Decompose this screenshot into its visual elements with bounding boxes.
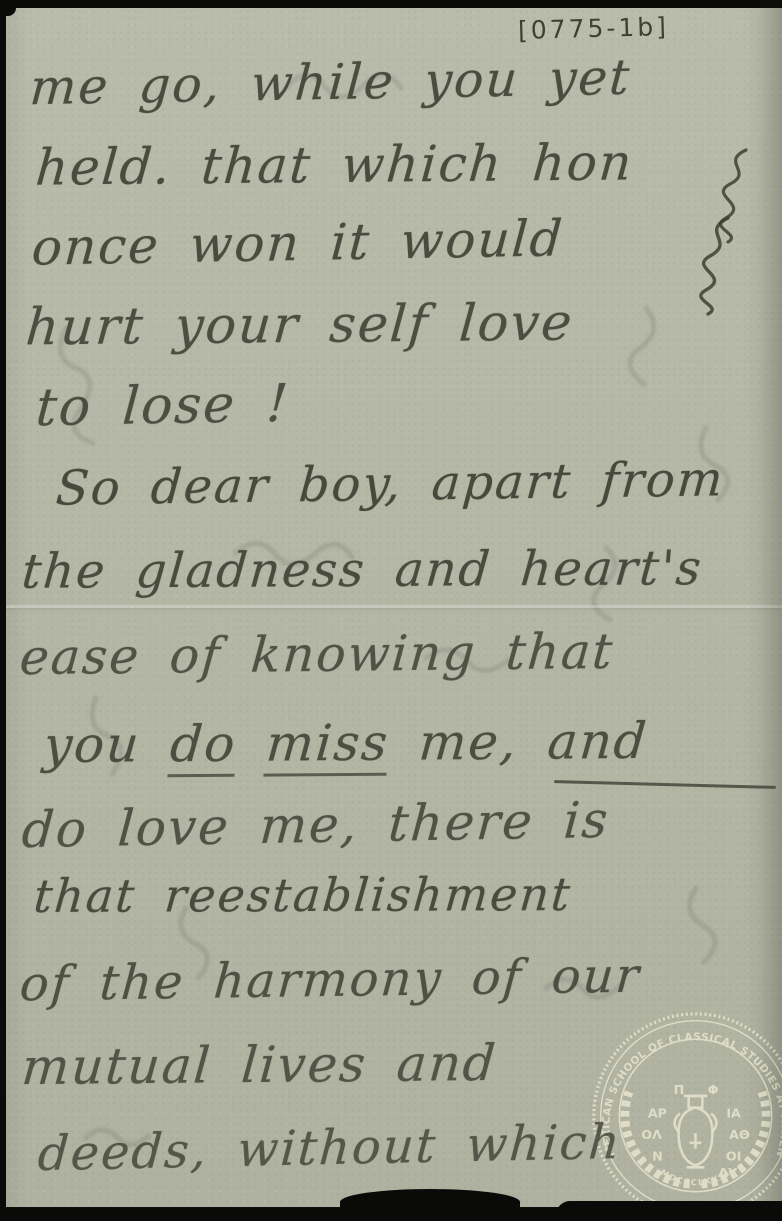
scan-frame-left: [0, 0, 6, 1221]
handwritten-line: me go, while you yet: [28, 49, 633, 117]
svg-text:ΑΡ: ΑΡ: [648, 1105, 667, 1120]
archival-label: [0775-1b]: [518, 12, 670, 45]
handwritten-line: ease of knowing that: [18, 623, 617, 686]
handwritten-line: hurt your self love: [24, 294, 576, 358]
handwritten-line: once won it would: [30, 209, 566, 276]
handwritten-text: do love me, there is: [20, 791, 612, 859]
handwritten-text: mutual lives and: [20, 1034, 500, 1096]
ink-underline-stroke: [554, 780, 776, 789]
handwritten-text: me go, while you yet: [28, 49, 633, 117]
scan-frame-corner: [0, 0, 16, 16]
handwritten-line: the gladness and heart's: [20, 540, 705, 600]
svg-text:Ν: Ν: [652, 1148, 663, 1163]
embossed-seal: AMERICAN SCHOOL OF CLASSICAL STUDIES AT …: [588, 1008, 782, 1207]
handwritten-text: So dear boy, apart from: [54, 451, 727, 516]
handwritten-line: to lose !: [34, 374, 292, 439]
handwritten-text: ease of knowing that: [18, 623, 617, 686]
handwritten-line: deeds, without which: [36, 1114, 623, 1182]
letter-paper: AMERICAN SCHOOL OF CLASSICAL STUDIES AT …: [6, 8, 782, 1207]
scanned-letter-page: { "document": { "archival_label": "[0775…: [0, 0, 782, 1221]
handwritten-line: So dear boy, apart from: [54, 451, 727, 516]
handwritten-text: hurt your self love: [24, 294, 576, 358]
ink-flourish: [684, 214, 740, 318]
handwritten-text: you: [42, 715, 173, 774]
handwritten-text: miss: [264, 714, 392, 777]
handwritten-line: of the harmony of our: [18, 948, 643, 1013]
handwritten-line: held. that which hon: [34, 133, 636, 196]
svg-text:ΛΥ: ΛΥ: [718, 1165, 738, 1180]
handwritten-text: do: [168, 715, 239, 777]
svg-text:ΟΙ: ΟΙ: [726, 1148, 742, 1163]
seal-amphora-icon: [674, 1096, 716, 1167]
scan-frame-top: [0, 0, 760, 8]
svg-text:ΙΑ: ΙΑ: [726, 1105, 741, 1120]
svg-text:ΟΛ: ΟΛ: [641, 1127, 662, 1142]
handwritten-line: do love me, there is: [20, 791, 612, 859]
handwritten-line: mutual lives and: [20, 1034, 500, 1096]
svg-text:Φ: Φ: [708, 1082, 719, 1097]
handwritten-text: to lose !: [34, 374, 292, 439]
scan-frame-bottom: [0, 1208, 782, 1221]
ink-flourish: [706, 146, 758, 246]
handwritten-text: that reestablishment: [32, 867, 574, 923]
paper-fold-crease: [6, 605, 782, 608]
handwritten-text: once won it would: [30, 209, 566, 276]
handwritten-line: that reestablishment: [32, 867, 574, 923]
handwritten-text: of the harmony of our: [18, 948, 643, 1013]
handwritten-text: the gladness and heart's: [20, 540, 705, 600]
handwritten-text: held. that which hon: [34, 133, 636, 196]
svg-text:ΑΘ: ΑΘ: [729, 1127, 750, 1142]
handwritten-text: deeds, without which: [36, 1114, 623, 1182]
handwritten-text: me, and: [387, 712, 650, 772]
handwritten-line: you do miss me, and: [42, 712, 651, 774]
svg-text:Π: Π: [674, 1082, 685, 1097]
paper-edge-shadow: [758, 8, 782, 1207]
